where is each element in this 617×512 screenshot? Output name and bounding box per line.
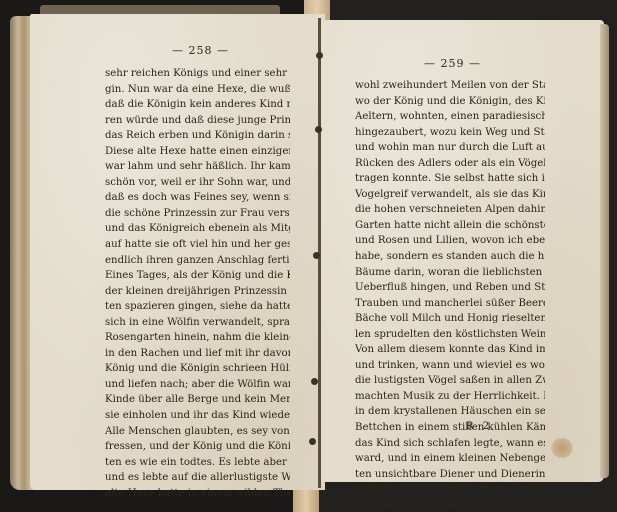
text-line: Bäche voll Milch und Honig rieselten und…	[355, 311, 545, 327]
text-line: machten Musik zu der Herrlichkeit. Es st…	[355, 389, 545, 405]
text-line: und es lebte auf die allerlustigste Weis…	[105, 470, 290, 486]
text-line: schön vor, weil er ihr Sohn war, und sie…	[105, 175, 290, 191]
text-line: daß die Königin kein anderes Kind mehr g…	[105, 97, 290, 113]
text-line: Ueberfluß hingen, und Reben und Sträuche…	[355, 280, 545, 296]
text-line: lichsten Speisen und Getränke auf den Ti…	[355, 482, 545, 498]
text-line: Alle Menschen glaubten, es sey von ihr a…	[105, 424, 290, 440]
right-page-edge	[600, 24, 609, 478]
text-line: wo der König und die Königin, des Kindes	[355, 94, 545, 110]
text-line: und wohin man nur durch die Luft auf dem	[355, 140, 545, 156]
text-line: Trauben und mancherlei süßer Beeren, und	[355, 296, 545, 312]
text-line: auf hatte sie oft viel hin und her geson…	[105, 237, 290, 253]
text-line: Von allem diesem konnte das Kind immer e…	[355, 342, 545, 358]
text-line: das Kind sich schlafen legte, wann es Ab…	[355, 436, 545, 452]
text-line: habe, sondern es standen auch die herrli…	[355, 249, 545, 265]
text-line: ten spazieren gingen, siehe da hatte die…	[105, 299, 290, 315]
text-line: ten unsichtbare Diener und Dienerinnen d…	[355, 467, 545, 483]
text-line: daß es doch was Feines sey, wenn sie ihm…	[105, 190, 290, 206]
text-line: und Rosen und Lilien, wovon ich eben erz…	[355, 233, 545, 249]
text-line: Diese alte Hexe hatte einen einzigen Soh…	[105, 144, 290, 160]
text-line: sich in eine Wölfin verwandelt, sprang i…	[105, 315, 290, 331]
foxing-stain	[551, 438, 573, 458]
binding-stitch	[311, 378, 318, 385]
text-line: König und die Königin schrieen Hülfe! Hü…	[105, 361, 290, 377]
right-page-text: wohl zweihundert Meilen von der Stadt la…	[355, 78, 545, 512]
text-line: die hohen verschneieten Alpen dahin trug…	[355, 202, 545, 218]
binding-stitch	[309, 438, 316, 445]
text-line: hingezaubert, wozu kein Weg und Steg füh…	[355, 125, 545, 141]
text-line: Kinde über alle Berge und kein Mensch ko…	[105, 392, 290, 408]
text-line: ten es wie ein todtes. Es lebte aber got…	[105, 455, 290, 471]
binding-stitch	[313, 252, 320, 259]
text-line: Rücken des Adlers oder als ein Vögelein …	[355, 156, 545, 172]
text-line: war lahm und sehr häßlich. Ihr kam er ab…	[105, 159, 290, 175]
text-line: und trinken, wann und wieviel es wollte.…	[355, 358, 545, 374]
text-line: ward, und in einem kleinen Nebengemache …	[355, 451, 545, 467]
page-number-right: — 259 —	[424, 57, 481, 70]
text-line: sehr reichen Königs und einer sehr schön…	[105, 66, 290, 82]
text-line: fressen, und der König und die Königin b…	[105, 439, 290, 455]
signature-mark: R 2	[466, 421, 492, 432]
text-line: und das Königreich ebenein als Mitgift. …	[105, 221, 290, 237]
text-line: Eines Tages, als der König und die König…	[105, 268, 290, 284]
text-line: Vogelgreif verwandelt, als sie das Kind …	[355, 187, 545, 203]
left-page-text: sehr reichen Königs und einer sehr schön…	[105, 66, 290, 501]
text-line: wohl zweihundert Meilen von der Stadt la…	[355, 78, 545, 94]
text-line: alte Hexe hatte in einem wilden Thale, d…	[105, 486, 290, 502]
text-line: in den Rachen und lief mit ihr davon. De…	[105, 346, 290, 362]
text-line: in dem krystallenen Häuschen ein sehr ni…	[355, 404, 545, 420]
text-line: ren würde und daß diese junge Prinzessin…	[105, 113, 290, 129]
text-line: gin. Nun war da eine Hexe, die wußte vor…	[105, 82, 290, 98]
binding-stitch	[316, 52, 323, 59]
text-line: der kleinen dreijährigen Prinzessin im R…	[105, 284, 290, 300]
text-line: len sprudelten den köstlichsten Wein in …	[355, 327, 545, 343]
text-line: endlich ihren ganzen Anschlag fertig gem…	[105, 253, 290, 269]
text-line: und liefen nach; aber die Wölfin war mit…	[105, 377, 290, 393]
text-line: tragen konnte. Sie selbst hatte sich in …	[355, 171, 545, 187]
text-line: nahmen sie zu ihrer Zeit wieder weg. Kur…	[355, 498, 545, 512]
text-line: sie einholen und ihr das Kind wieder abj…	[105, 408, 290, 424]
text-line: die schöne Prinzessin zur Frau verschaff…	[105, 206, 290, 222]
text-line: Rosengarten hinein, nahm die kleine Prin…	[105, 330, 290, 346]
text-line: Bettchen in einem stillen kühlen Kämmerl…	[355, 420, 545, 436]
text-line: Aeltern, wohnten, einen paradiesischen G…	[355, 109, 545, 125]
text-line: Garten hatte nicht allein die schönsten …	[355, 218, 545, 234]
text-line: das Reich erben und Königin darin seyn w…	[105, 128, 290, 144]
page-number-left: — 258 —	[172, 44, 229, 57]
binding-stitch	[315, 126, 322, 133]
text-line: die lustigsten Vögel saßen in allen Zwei…	[355, 373, 545, 389]
text-line: Bäume darin, woran die lieblichsten Früc…	[355, 265, 545, 281]
